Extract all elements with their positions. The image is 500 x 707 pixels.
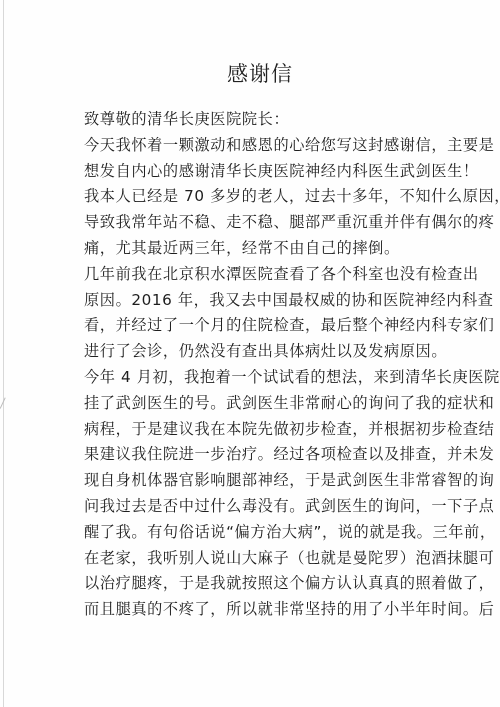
text-line: 在老家，我听别人说山大麻子（也就是曼陀罗）泡酒抹腿可 bbox=[84, 546, 454, 572]
scan-mark bbox=[0, 398, 9, 411]
text-line: 现自身机体器官影响腿部神经，于是武剑医生非常睿智的询 bbox=[84, 468, 454, 494]
text-line: 醒了我。有句俗话说“偏方治大病”，说的就是我。三年前， bbox=[84, 520, 454, 546]
text-line: 今天我怀着一颗激动和感恩的心给您写这封感谢信，主要是 bbox=[84, 133, 454, 159]
text-line: 看，并经过了一个月的住院检查，最后整个神经内科专家们 bbox=[84, 313, 454, 339]
text-line: 挂了武剑医生的号。武剑医生非常耐心的询问了我的症状和 bbox=[84, 391, 454, 417]
text-line: 几年前我在北京积水潭医院查看了各个科室也没有检查出 bbox=[84, 262, 454, 288]
text-line: 导致我常年站不稳、走不稳、腿部严重沉重并伴有偶尔的疼 bbox=[84, 210, 454, 236]
text-line: 问我过去是否中过什么毒没有。武剑医生的询问，一下子点 bbox=[84, 494, 454, 520]
page-edge-shadow bbox=[3, 0, 4, 707]
letter-title: 感谢信 bbox=[0, 58, 500, 88]
text-line: 痛，尤其最近两三年，经常不由自己的摔倒。 bbox=[84, 236, 454, 262]
text-line: 进行了会诊，仍然没有查出具体病灶以及发病原因。 bbox=[84, 339, 454, 365]
text-line: 原因。2016 年，我又去中国最权威的协和医院神经内科查 bbox=[84, 288, 454, 314]
text-line: 果建议我住院进一步治疗。经过各项检查以及排查，并未发 bbox=[84, 442, 454, 468]
text-line: 我本人已经是 70 多岁的老人，过去十多年，不知什么原因， bbox=[84, 184, 454, 210]
text-line: 今年 4 月初，我抱着一个试试看的想法，来到清华长庚医院 bbox=[84, 365, 454, 391]
text-line: 而且腿真的不疼了，所以就非常坚持的用了小半年时间。后 bbox=[84, 597, 454, 623]
salutation-line: 致尊敬的清华长庚医院院长： bbox=[84, 107, 454, 133]
text-line: 病程，于是建议我在本院先做初步检查，并根据初步检查结 bbox=[84, 417, 454, 443]
letter-body: 致尊敬的清华长庚医院院长： 今天我怀着一颗激动和感恩的心给您写这封感谢信，主要是… bbox=[84, 107, 454, 623]
scanned-letter-page: 感谢信 致尊敬的清华长庚医院院长： 今天我怀着一颗激动和感恩的心给您写这封感谢信… bbox=[0, 0, 500, 707]
text-line: 以治疗腿疼，于是我就按照这个偏方认认真真的照着做了， bbox=[84, 571, 454, 597]
text-line: 想发自内心的感谢清华长庚医院神经内科医生武剑医生！ bbox=[84, 159, 454, 185]
